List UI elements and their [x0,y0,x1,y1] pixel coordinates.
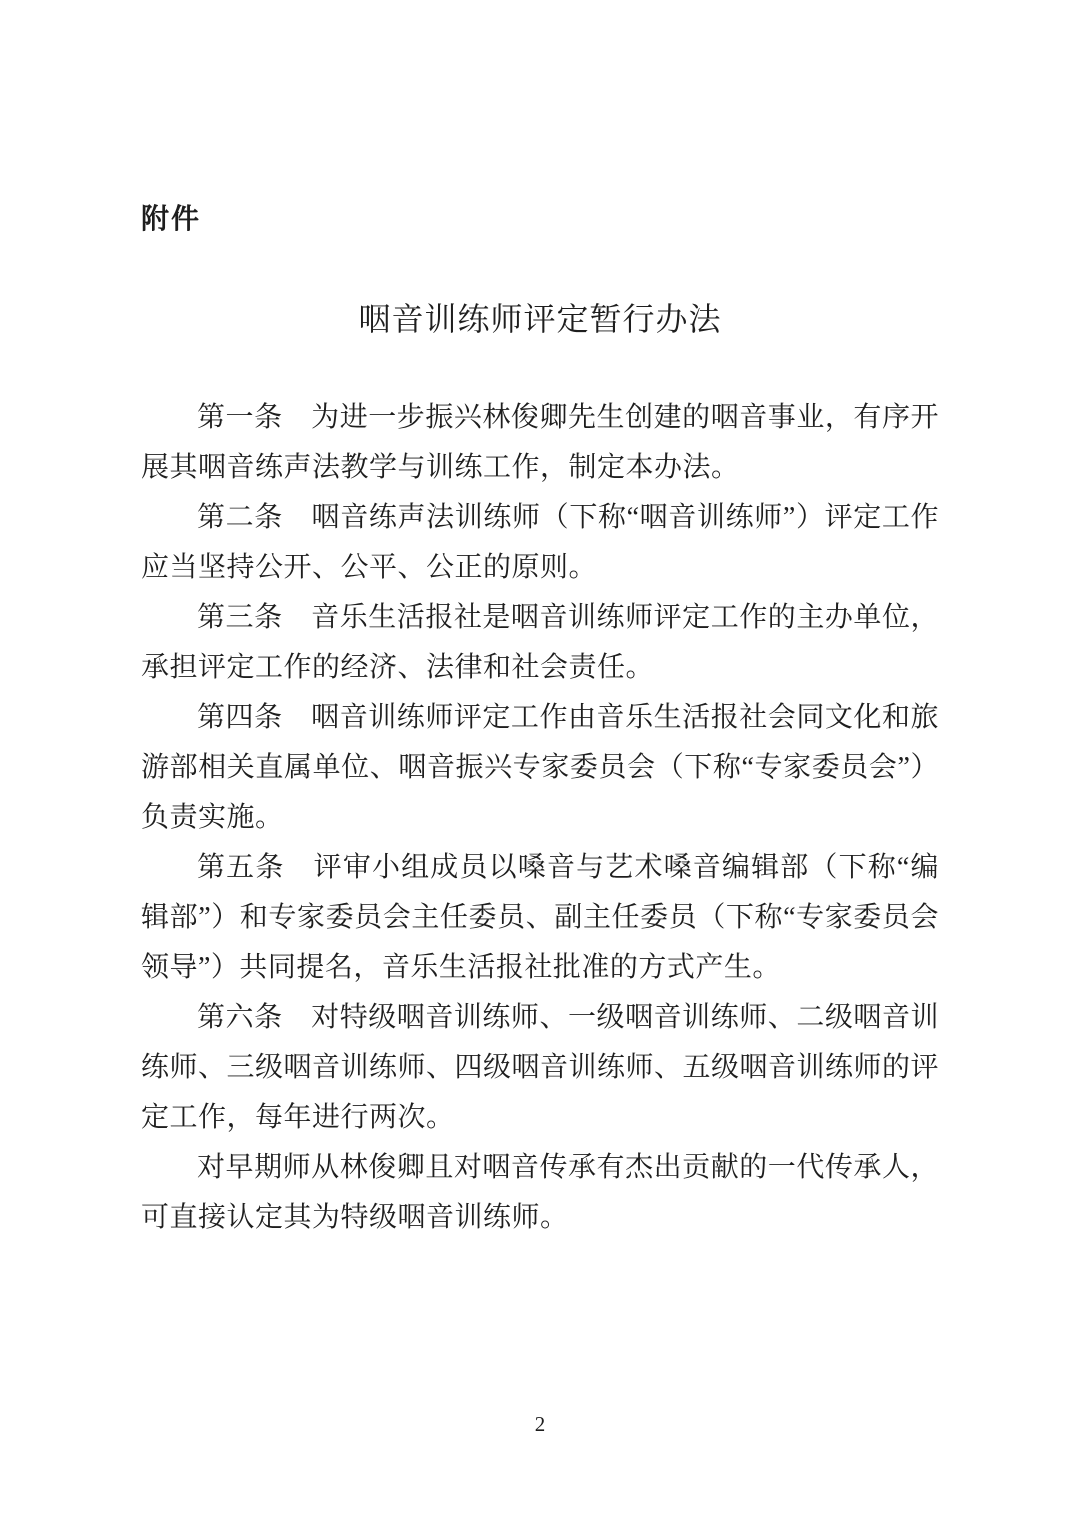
document-page: 附件 咽音训练师评定暂行办法 第一条 为进一步振兴林俊卿先生创建的咽音事业，有序… [0,0,1080,1527]
paragraph-article-6: 第六条 对特级咽音训练师、一级咽音训练师、二级咽音训练师、三级咽音训练师、四级咽… [141,993,939,1143]
page-number: 2 [0,1412,1080,1437]
paragraph-article-3: 第三条 音乐生活报社是咽音训练师评定工作的主办单位，承担评定工作的经济、法律和社… [141,593,939,693]
paragraph-article-4: 第四条 咽音训练师评定工作由音乐生活报社会同文化和旅游部相关直属单位、咽音振兴专… [141,693,939,843]
paragraph-article-2: 第二条 咽音练声法训练师（下称“咽音训练师”）评定工作应当坚持公开、公平、公正的… [141,493,939,593]
paragraph-article-1: 第一条 为进一步振兴林俊卿先生创建的咽音事业，有序开展其咽音练声法教学与训练工作… [141,393,939,493]
paragraph-article-6-continued: 对早期师从林俊卿且对咽音传承有杰出贡献的一代传承人，可直接认定其为特级咽音训练师… [141,1143,939,1243]
document-body: 第一条 为进一步振兴林俊卿先生创建的咽音事业，有序开展其咽音练声法教学与训练工作… [141,393,939,1243]
attachment-label: 附件 [141,197,201,237]
paragraph-article-5: 第五条 评审小组成员以嗓音与艺术嗓音编辑部（下称“编辑部”）和专家委员会主任委员… [141,843,939,993]
document-title: 咽音训练师评定暂行办法 [0,294,1080,340]
